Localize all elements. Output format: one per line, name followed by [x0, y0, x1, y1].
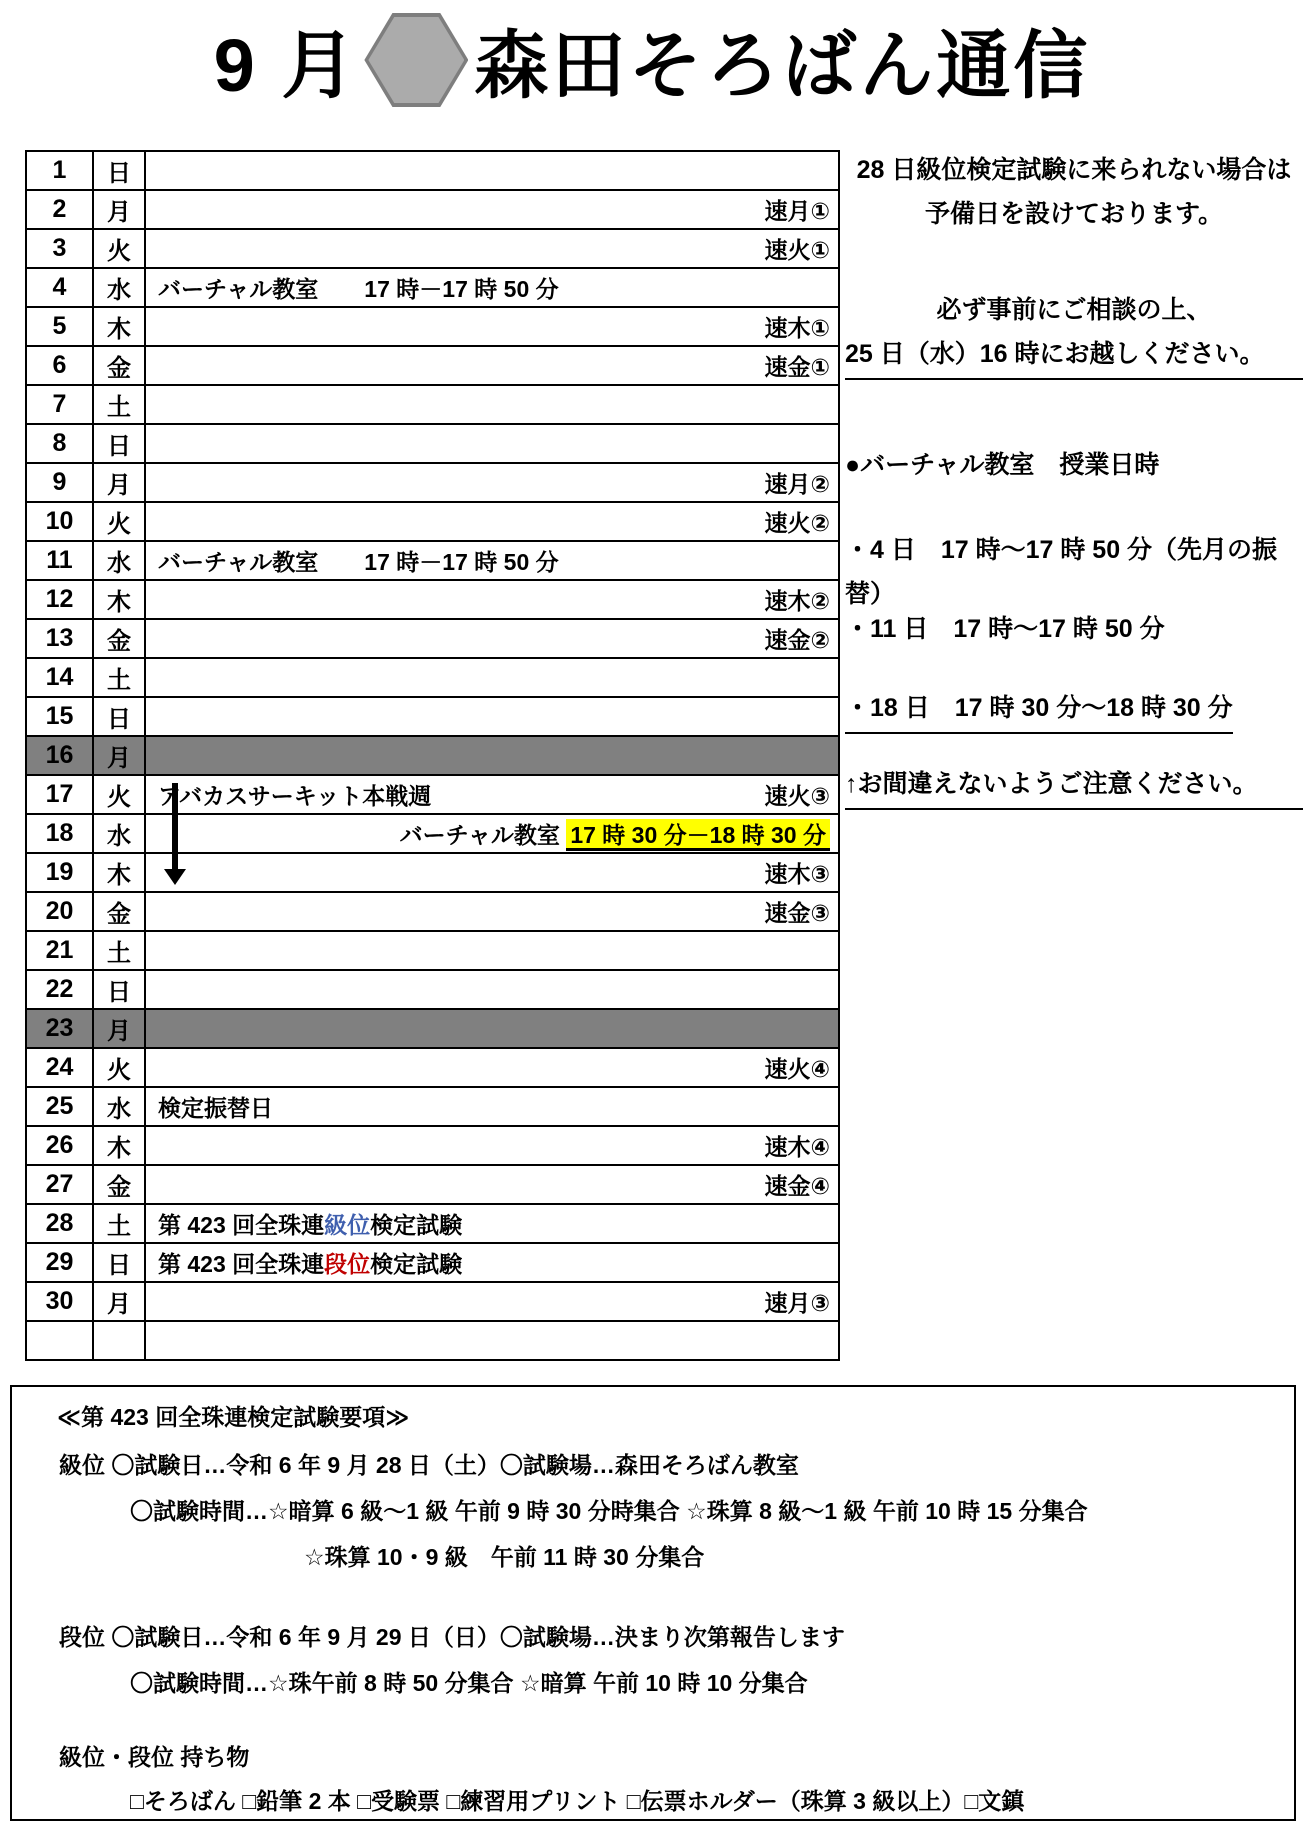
- date-cell: 5: [26, 307, 93, 346]
- note-reserve-day-line2: 予備日を設けております。: [845, 192, 1303, 236]
- page-title: 9 月 森田そろばん通信: [0, 10, 1304, 110]
- calendar-row: 11水バーチャル教室 17 時－17 時 50 分: [26, 541, 839, 580]
- cell-text: 速月①: [765, 198, 830, 224]
- weekday-cell: 土: [93, 1204, 145, 1243]
- calendar-row: 30月速月③: [26, 1282, 839, 1321]
- weekday-cell: 金: [93, 346, 145, 385]
- content-right: バーチャル教室 17 時 30 分－18 時 30 分: [400, 817, 830, 850]
- date-cell: 2: [26, 190, 93, 229]
- calendar-table: 1日2月速月①3火速火①4水バーチャル教室 17 時－17 時 50 分5木速木…: [25, 150, 840, 1361]
- content-cell: [145, 385, 839, 424]
- calendar-row: 21土: [26, 931, 839, 970]
- date-cell: 30: [26, 1282, 93, 1321]
- date-cell: 15: [26, 697, 93, 736]
- hexagon-icon: [364, 13, 468, 107]
- date-cell: 25: [26, 1087, 93, 1126]
- dani-date-line: 段位 〇試験日…令和 6 年 9 月 29 日（日）〇試験場…決まり次第報告しま…: [59, 1619, 845, 1652]
- content-right: 速火③: [765, 778, 830, 811]
- content-left: バーチャル教室 17 時－17 時 50 分: [158, 544, 559, 577]
- content-right: 速木①: [765, 310, 830, 343]
- date-cell: 3: [26, 229, 93, 268]
- date-cell: 24: [26, 1048, 93, 1087]
- content-cell: 速火②: [145, 502, 839, 541]
- calendar-row: 16月: [26, 736, 839, 775]
- date-cell: 17: [26, 775, 93, 814]
- content-cell: [145, 970, 839, 1009]
- content-cell: 速月②: [145, 463, 839, 502]
- content-cell: 速木③: [145, 853, 839, 892]
- exam-box-heading: ≪第 423 回全珠連検定試験要項≫: [57, 1399, 409, 1432]
- content-cell: バーチャル教室 17 時－17 時 50 分: [145, 268, 839, 307]
- date-cell: 23: [26, 1009, 93, 1048]
- calendar-row: 28土第 423 回全珠連級位検定試験: [26, 1204, 839, 1243]
- date-cell: 9: [26, 463, 93, 502]
- kyui-time-line2: ☆珠算 10・9 級 午前 11 時 30 分集合: [304, 1539, 704, 1572]
- note-reserve-day-line1: 28 日級位検定試験に来られない場合は: [845, 148, 1303, 192]
- content-cell: [145, 736, 839, 775]
- calendar-row: 4水バーチャル教室 17 時－17 時 50 分: [26, 268, 839, 307]
- content-right: 速木④: [765, 1129, 830, 1162]
- calendar-row: 25水検定振替日: [26, 1087, 839, 1126]
- content-cell: バーチャル教室 17 時－17 時 50 分: [145, 541, 839, 580]
- cell-text: バーチャル教室: [400, 822, 567, 848]
- content-right: 速火②: [765, 505, 830, 538]
- calendar-row: 26木速木④: [26, 1126, 839, 1165]
- content-cell: 速月③: [145, 1282, 839, 1321]
- content-cell: バーチャル教室 17 時 30 分－18 時 30 分: [145, 814, 839, 853]
- date-cell: 11: [26, 541, 93, 580]
- cell-text: 検定振替日: [158, 1095, 273, 1121]
- weekday-cell: 水: [93, 1087, 145, 1126]
- date-cell: 29: [26, 1243, 93, 1282]
- calendar-row: 15日: [26, 697, 839, 736]
- content-cell: 検定振替日: [145, 1087, 839, 1126]
- weekday-cell: 火: [93, 1048, 145, 1087]
- kyui-time-line: 〇試験時間…☆暗算 6 級～1 級 午前 9 時 30 分時集合 ☆珠算 8 級…: [130, 1493, 1088, 1526]
- content-cell: アバカスサーキット本戦週速火③: [145, 775, 839, 814]
- cell-text: バーチャル教室 17 時－17 時 50 分: [158, 276, 559, 302]
- cell-text: 第 423 回全珠連: [158, 1212, 324, 1238]
- cell-text: 速火②: [765, 510, 830, 536]
- weekday-cell: 水: [93, 268, 145, 307]
- weekday-cell: 土: [93, 658, 145, 697]
- content-cell: [145, 658, 839, 697]
- cell-text: バーチャル教室 17 時－17 時 50 分: [158, 549, 559, 575]
- virtual-class-item-11th: ・11 日 17 時～17 時 50 分: [845, 607, 1303, 651]
- cell-text: 速金①: [765, 354, 830, 380]
- date-cell: 8: [26, 424, 93, 463]
- content-cell: [145, 1009, 839, 1048]
- content-cell: 速火④: [145, 1048, 839, 1087]
- content-cell: 速金①: [145, 346, 839, 385]
- weekday-cell: [93, 1321, 145, 1360]
- weekday-cell: 月: [93, 1282, 145, 1321]
- date-cell: 10: [26, 502, 93, 541]
- content-right: 速金①: [765, 349, 830, 382]
- content-cell: [145, 151, 839, 190]
- weekday-cell: 日: [93, 424, 145, 463]
- weekday-cell: 火: [93, 502, 145, 541]
- cell-text: 速火③: [765, 783, 830, 809]
- cell-text: 速木③: [765, 861, 830, 887]
- weekday-cell: 月: [93, 736, 145, 775]
- date-cell: 1: [26, 151, 93, 190]
- cell-text: 級位: [324, 1212, 370, 1238]
- calendar-row: 2月速月①: [26, 190, 839, 229]
- weekday-cell: 日: [93, 970, 145, 1009]
- calendar-row: 23月: [26, 1009, 839, 1048]
- date-cell: 26: [26, 1126, 93, 1165]
- weekday-cell: 木: [93, 1126, 145, 1165]
- date-cell: 6: [26, 346, 93, 385]
- content-cell: 速木①: [145, 307, 839, 346]
- date-cell: [26, 1321, 93, 1360]
- calendar-row: 10火速火②: [26, 502, 839, 541]
- cell-text: 検定試験: [370, 1251, 462, 1277]
- virtual-class-item-4th: ・4 日 17 時～17 時 50 分（先月の振替）: [845, 528, 1303, 616]
- calendar-row: 18水バーチャル教室 17 時 30 分－18 時 30 分: [26, 814, 839, 853]
- date-cell: 28: [26, 1204, 93, 1243]
- weekday-cell: 水: [93, 541, 145, 580]
- content-cell: 速火①: [145, 229, 839, 268]
- date-cell: 7: [26, 385, 93, 424]
- belongings-line: □そろばん □鉛筆 2 本 □受験票 □練習用プリント □伝票ホルダー（珠算 3…: [130, 1783, 1024, 1816]
- calendar-row: 29日第 423 回全珠連段位検定試験: [26, 1243, 839, 1282]
- weekday-cell: 月: [93, 190, 145, 229]
- weekday-cell: 月: [93, 1009, 145, 1048]
- calendar-row: 17火アバカスサーキット本戦週速火③: [26, 775, 839, 814]
- weekday-cell: 日: [93, 1243, 145, 1282]
- belongings-heading: 級位・段位 持ち物: [59, 1739, 249, 1772]
- weekday-cell: 水: [93, 814, 145, 853]
- content-right: 速月②: [765, 466, 830, 499]
- content-right: 速火④: [765, 1051, 830, 1084]
- caution-line: ↑お間違えないようご注意ください。: [845, 762, 1303, 810]
- content-cell: 速金④: [145, 1165, 839, 1204]
- down-arrow-icon: [164, 783, 186, 885]
- weekday-cell: 木: [93, 853, 145, 892]
- newsletter-page: 9 月 森田そろばん通信 1日2月速月①3火速火①4水バーチャル教室 17 時－…: [0, 0, 1304, 1845]
- content-left: 第 423 回全珠連級位検定試験: [158, 1207, 462, 1240]
- cell-text: 速金③: [765, 900, 830, 926]
- date-cell: 18: [26, 814, 93, 853]
- calendar-row: 7土: [26, 385, 839, 424]
- cell-text: 速木④: [765, 1134, 830, 1160]
- date-cell: 13: [26, 619, 93, 658]
- weekday-cell: 日: [93, 697, 145, 736]
- calendar-row: 6金速金①: [26, 346, 839, 385]
- content-cell: [145, 697, 839, 736]
- date-cell: 27: [26, 1165, 93, 1204]
- weekday-cell: 木: [93, 307, 145, 346]
- content-left: 第 423 回全珠連段位検定試験: [158, 1246, 462, 1279]
- dani-time-line: 〇試験時間…☆珠午前 8 時 50 分集合 ☆暗算 午前 10 時 10 分集合: [130, 1665, 808, 1698]
- calendar-row: 13金速金②: [26, 619, 839, 658]
- calendar-row: 1日: [26, 151, 839, 190]
- note-visit-line: 25 日（水）16 時にお越しください。: [845, 332, 1303, 380]
- calendar-row: 19木速木③: [26, 853, 839, 892]
- content-right: 速金②: [765, 622, 830, 655]
- content-cell: 速木④: [145, 1126, 839, 1165]
- date-cell: 22: [26, 970, 93, 1009]
- cell-text: 速金④: [765, 1173, 830, 1199]
- weekday-cell: 土: [93, 931, 145, 970]
- content-cell: 速月①: [145, 190, 839, 229]
- date-cell: 16: [26, 736, 93, 775]
- content-cell: [145, 1321, 839, 1360]
- exam-requirements-box: ≪第 423 回全珠連検定試験要項≫ 級位 〇試験日…令和 6 年 9 月 28…: [10, 1385, 1296, 1821]
- content-cell: 速金③: [145, 892, 839, 931]
- cell-text: 速木②: [765, 588, 830, 614]
- calendar-row: 3火速火①: [26, 229, 839, 268]
- date-cell: 20: [26, 892, 93, 931]
- calendar-row: 22日: [26, 970, 839, 1009]
- calendar-row: 24火速火④: [26, 1048, 839, 1087]
- weekday-cell: 月: [93, 463, 145, 502]
- content-cell: 速木②: [145, 580, 839, 619]
- content-left: バーチャル教室 17 時－17 時 50 分: [158, 271, 559, 304]
- cell-text: 検定試験: [370, 1212, 462, 1238]
- cell-text: 速月③: [765, 1290, 830, 1316]
- title-month: 9 月: [214, 7, 359, 113]
- content-right: 速火①: [765, 232, 830, 265]
- content-cell: 第 423 回全珠連級位検定試験: [145, 1204, 839, 1243]
- weekday-cell: 土: [93, 385, 145, 424]
- calendar-row: 5木速木①: [26, 307, 839, 346]
- calendar-row: 27金速金④: [26, 1165, 839, 1204]
- date-cell: 19: [26, 853, 93, 892]
- cell-text: 第 423 回全珠連: [158, 1251, 324, 1277]
- weekday-cell: 木: [93, 580, 145, 619]
- cell-text: 速火④: [765, 1056, 830, 1082]
- content-cell: [145, 424, 839, 463]
- calendar-row: 14土: [26, 658, 839, 697]
- content-left: 検定振替日: [158, 1090, 273, 1123]
- content-cell: [145, 931, 839, 970]
- note-consult-line: 必ず事前にご相談の上、: [845, 288, 1303, 332]
- calendar-row: 20金速金③: [26, 892, 839, 931]
- content-right: 速金④: [765, 1168, 830, 1201]
- date-cell: 21: [26, 931, 93, 970]
- date-cell: 12: [26, 580, 93, 619]
- weekday-cell: 火: [93, 229, 145, 268]
- weekday-cell: 火: [93, 775, 145, 814]
- cell-text: 段位: [324, 1251, 370, 1277]
- kyui-date-line: 級位 〇試験日…令和 6 年 9 月 28 日（土）〇試験場…森田そろばん教室: [59, 1447, 799, 1480]
- weekday-cell: 金: [93, 1165, 145, 1204]
- calendar-row: 8日: [26, 424, 839, 463]
- content-cell: 第 423 回全珠連段位検定試験: [145, 1243, 839, 1282]
- weekday-cell: 金: [93, 892, 145, 931]
- content-right: 速月①: [765, 193, 830, 226]
- date-cell: 14: [26, 658, 93, 697]
- weekday-cell: 日: [93, 151, 145, 190]
- calendar-row: 12木速木②: [26, 580, 839, 619]
- calendar-row: [26, 1321, 839, 1360]
- virtual-class-heading: ●バーチャル教室 授業日時: [845, 443, 1303, 487]
- title-name: 森田そろばん通信: [474, 7, 1090, 113]
- weekday-cell: 金: [93, 619, 145, 658]
- content-cell: 速金②: [145, 619, 839, 658]
- content-right: 速月③: [765, 1285, 830, 1318]
- date-cell: 4: [26, 268, 93, 307]
- cell-text: アバカスサーキット本戦週: [158, 783, 431, 809]
- cell-text: 速月②: [765, 471, 830, 497]
- cell-text: 速木①: [765, 315, 830, 341]
- cell-text: 速火①: [765, 237, 830, 263]
- cell-text: 速金②: [765, 627, 830, 653]
- content-left: アバカスサーキット本戦週: [158, 778, 431, 811]
- calendar-row: 9月速月②: [26, 463, 839, 502]
- content-right: 速金③: [765, 895, 830, 928]
- content-right: 速木③: [765, 856, 830, 889]
- highlighted-text: 17 時 30 分－18 時 30 分: [566, 819, 830, 851]
- content-right: 速木②: [765, 583, 830, 616]
- virtual-class-item-18th: ・18 日 17 時 30 分～18 時 30 分: [845, 686, 1233, 734]
